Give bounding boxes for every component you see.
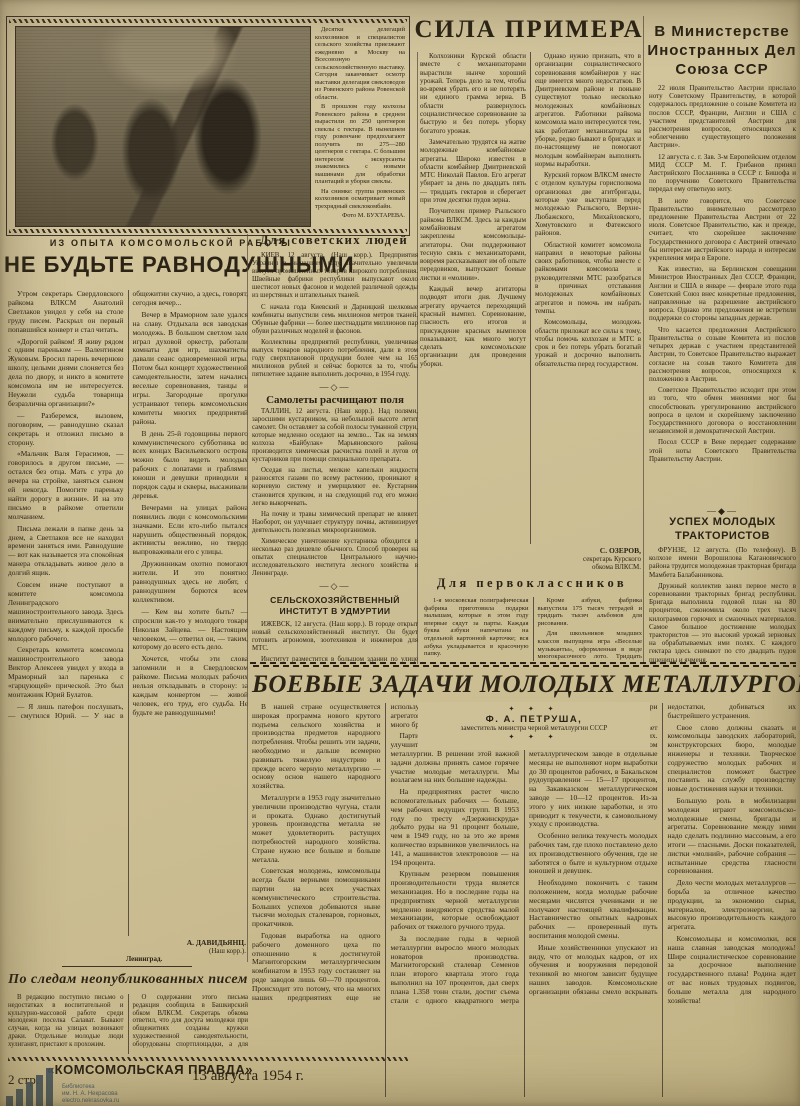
paragraph: Дружный коллектив занял первое место в с… xyxy=(649,582,796,664)
paragraph: Свое слово должны сказать и комсомольцы … xyxy=(668,724,797,794)
news-photo xyxy=(15,26,311,227)
metallurg-body: В нашей стране осуществляется широкая пр… xyxy=(252,703,796,1097)
first-graders-body: 1-я московская полиграфическая фабрика п… xyxy=(424,597,642,661)
paragraph: Областной комитет комсомола направил в н… xyxy=(535,241,641,316)
photo-caption: Десятки делегаций колхозников и специали… xyxy=(315,26,405,225)
paragraph: Посол СССР в Вене передает содержание эт… xyxy=(649,438,796,463)
paragraph: В день 25-й годовщины первого коммунисти… xyxy=(133,430,249,501)
metallurg-title: БОЕВЫЕ ЗАДАЧИ МОЛОДЫХ МЕТАЛЛУРГОВ xyxy=(252,671,796,699)
news-item-tallin: ТАЛЛИН, 12 августа. (Наш корр.). Над пол… xyxy=(252,408,418,579)
paragraph: ФРУНЗЕ, 12 августа. (По телефону). В кол… xyxy=(649,546,796,579)
paragraph: Советское Правительство исходит при этом… xyxy=(649,386,796,435)
library-stamp-text: Библиотека им. Н. А. Некрасова electro.n… xyxy=(62,1084,119,1105)
paragraph: Большую роль в мобилизации молодежи игра… xyxy=(668,797,797,876)
airplanes-title: Самолеты расчищают поля xyxy=(252,396,418,404)
paragraph: Кроме азбуки, фабрика выпустила 175 тыся… xyxy=(538,597,643,627)
paragraph: Замечательно трудятся на жатве молодежны… xyxy=(420,138,526,204)
metallurg-ornament-border xyxy=(250,662,796,667)
tractor-title-line: УСПЕХ МОЛОДЫХ xyxy=(649,515,796,529)
paragraph: Как известно, на Берлинском совещании Ми… xyxy=(649,265,796,322)
paragraph: В прошлом году колхозы Ровенского района… xyxy=(315,103,405,186)
paragraph: ИЖЕВСК, 12 августа. (Наш корр.). В город… xyxy=(252,621,418,653)
sila-primera-body: Колхозники Курской области вместе с меха… xyxy=(420,52,641,544)
tractor-body: ФРУНЗЕ, 12 августа. (По телефону). В кол… xyxy=(649,546,796,664)
metallurg-byline: ✦ ✦ ✦ Ф. А. ПЕТРУША, заместитель министр… xyxy=(418,702,650,750)
signature-role: секретарь Курского xyxy=(498,555,641,563)
paragraph: Комсомольцы и комсомолки, вся наша славн… xyxy=(668,935,797,1005)
byline-author: Ф. А. ПЕТРУША, xyxy=(418,714,650,725)
paragraph: На предприятиях растет число вспомогател… xyxy=(391,788,520,867)
left-article-signature: А. ДАВИДЬЯНЦ. (Наш корр.). Ленинград. xyxy=(126,938,246,963)
photo-box: Десятки делегаций колхозников и специали… xyxy=(6,16,410,236)
paragraph: 12 августа с. г. Зав. 3-м Европейским от… xyxy=(649,153,796,194)
paragraph: На снимке: группа ровенских колхозников … xyxy=(315,188,405,211)
paragraph: Химическое уничтожение кустарника обходи… xyxy=(252,538,418,578)
signature-note: (Наш корр.). xyxy=(126,947,246,955)
paragraph: 22 июля Правительство Австрии прислало н… xyxy=(649,84,796,150)
paragraph: — Разберемся, вызовем, поговорим, — равн… xyxy=(8,412,124,448)
paragraph: В редакцию поступило письмо о недостатка… xyxy=(8,994,124,1049)
paragraph: О содержании этого письма редакция сообщ… xyxy=(133,994,249,1054)
mid-title-line: В Министерстве xyxy=(646,22,798,41)
sila-primera-title: СИЛА ПРИМЕРА xyxy=(412,16,646,44)
paragraph: Однако нужно признать, что в организации… xyxy=(535,52,641,168)
paragraph: В нашей стране осуществляется широкая пр… xyxy=(252,703,381,791)
mid-title: В Министерстве Иностранных Дел Союза ССР xyxy=(646,22,798,79)
paragraph: «Дорогой райком! Я живу рядом с одним па… xyxy=(8,338,124,409)
paragraph: Письма лежали в папке день за днем, а Св… xyxy=(8,525,124,578)
paragraph: Советская молодежь, комсомольцы всегда б… xyxy=(252,867,381,929)
news-item-izhevsk: ИЖЕВСК, 12 августа. (Наш корр.). В город… xyxy=(252,621,418,662)
letters-divider xyxy=(62,966,192,967)
paragraph: КИЕВ, 12 августа. (Наш корр.). Предприят… xyxy=(252,252,418,301)
paragraph: ТАЛЛИН, 12 августа. (Наш корр.). Над пол… xyxy=(252,408,418,465)
paragraph: Оседая на листья, мелкие капельки жидкос… xyxy=(252,467,418,507)
paragraph: Курский горком ВЛКСМ вместе с отделом ку… xyxy=(535,171,641,237)
paragraph: 1-я московская полиграфическая фабрика п… xyxy=(424,597,529,658)
paragraph: Коллективы предприятий республики, увели… xyxy=(252,339,418,379)
byline-role: заместитель министра черной металлургии … xyxy=(418,725,650,732)
paragraph: Хочется, чтобы эти слова запомнили и в С… xyxy=(133,655,249,717)
signature-role: обкома ВЛКСМ. xyxy=(498,563,641,571)
paragraph: Вечерами на улицах района появились люди… xyxy=(133,504,249,557)
paragraph: Металлурги в 1953 году значительно увели… xyxy=(252,794,381,864)
mid-title-line: Союза ССР xyxy=(646,60,798,79)
paragraph: Дело чести молодых металлургов — борьба … xyxy=(668,879,797,932)
library-logo-icon xyxy=(6,1068,53,1106)
photo-box-ornament-top xyxy=(9,19,407,23)
soviet-people-column: КИЕВ, 12 августа. (Наш корр.). Предприят… xyxy=(252,252,418,662)
photo-caption-text: Десятки делегаций колхозников и специали… xyxy=(315,26,405,210)
paragraph: — Кем вы хотите быть? — спросили как-то … xyxy=(133,608,249,653)
paragraph: С начала года Киевский и Дарницкий шелко… xyxy=(252,304,418,336)
tractor-title-line: ТРАКТОРИСТОВ xyxy=(649,529,796,543)
paragraph: Совсем иначе поступают в комитете комсом… xyxy=(8,581,124,643)
mid-title-line: Иностранных Дел xyxy=(646,41,798,60)
paragraph: Каждый вечер агитаторы подводят итоги дн… xyxy=(420,285,526,368)
paragraph: В ноте говорится, что Советское Правител… xyxy=(649,197,796,263)
paragraph: Колхозники Курской области вместе с меха… xyxy=(420,52,526,135)
paragraph: Необходимо покончить с таким положением,… xyxy=(529,879,658,941)
letters-title: По следам неопубликованных писем xyxy=(8,972,248,988)
paragraph: Поучителен пример Рыльского райкома ВЛКС… xyxy=(420,207,526,282)
sila-primera-signature: С. ОЗЕРОВ, секретарь Курского обкома ВЛК… xyxy=(498,546,641,571)
library-stamp xyxy=(6,1068,53,1106)
library-line2: им. Н. А. Некрасова xyxy=(62,1091,119,1098)
rule-left-middle xyxy=(247,234,248,962)
paragraph: Секретарь комитета комсомола машинострои… xyxy=(8,646,124,699)
rule-sila-mid xyxy=(643,16,644,664)
tractor-title: УСПЕХ МОЛОДЫХ ТРАКТОРИСТОВ xyxy=(649,515,796,543)
library-line3: electro.nekrasovka.ru xyxy=(62,1098,119,1105)
paragraph: Особенно велика текучесть молодых рабочи… xyxy=(529,832,658,876)
item-divider-icon: —◇— xyxy=(252,383,418,391)
institute-title: СЕЛЬСКОХОЗЯЙСТВЕННЫЙ ИНСТИТУТ В УДМУРТИИ xyxy=(252,595,418,617)
library-line1: Библиотека xyxy=(62,1084,119,1091)
paragraph: Утром секретарь Свердловского райкома ВЛ… xyxy=(8,290,124,335)
paragraph: Десятки делегаций колхозников и специали… xyxy=(315,26,405,101)
paragraph: На почву и травы химический препарат не … xyxy=(252,511,418,535)
letters-body: В редакцию поступило письмо о недостатка… xyxy=(8,994,248,1054)
signature-place: Ленинград. xyxy=(126,955,246,963)
newspaper-page: Десятки делегаций колхозников и специали… xyxy=(0,0,800,1106)
soviet-people-rubric: Для советских людей xyxy=(250,233,418,248)
mid-body: 22 июля Правительство Австрии прислало н… xyxy=(649,84,796,500)
byline-ornament-icon: ✦ ✦ ✦ xyxy=(418,733,650,741)
first-graders-rubric: Для первоклассников xyxy=(422,576,642,591)
byline-ornament-icon: ✦ ✦ ✦ xyxy=(418,705,650,713)
left-article-body: Утром секретарь Свердловского райкома ВЛ… xyxy=(8,290,248,936)
paragraph: Крупным резервом повышения производитель… xyxy=(391,870,520,932)
item-divider-icon: —◇— xyxy=(252,582,418,590)
paragraph: «Мальчик Валя Герасимов, — говорилось в … xyxy=(8,450,124,521)
news-item-kiev: КИЕВ, 12 августа. (Наш корр.). Предприят… xyxy=(252,252,418,379)
signature-name: А. ДАВИДЬЯНЦ. xyxy=(126,938,246,947)
paragraph: Дружинникам охотно помогают жители. И эт… xyxy=(133,560,249,605)
photo-credit: Фото М. БУХТАРЕВА. xyxy=(315,212,405,220)
paragraph: Вечер в Мраморном зале удался на славу. … xyxy=(133,311,249,427)
paragraph: Комсомольцы, молодежь области приложат в… xyxy=(535,318,641,368)
paragraph: Что касается предложения Австрийского Пр… xyxy=(649,326,796,383)
signature-name: С. ОЗЕРОВ, xyxy=(498,546,641,555)
